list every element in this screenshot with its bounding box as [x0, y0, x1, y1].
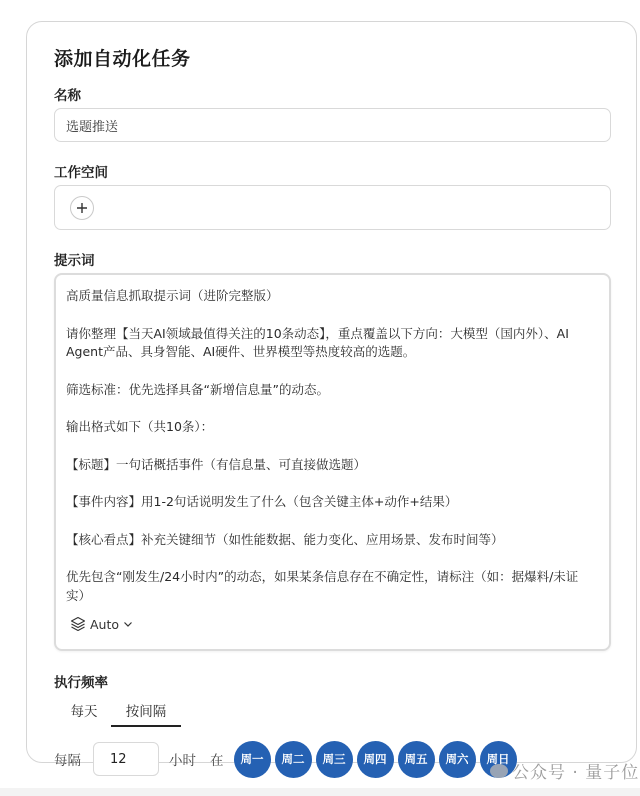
interval-unit: 小时: [169, 749, 196, 769]
page-bottom-band: [0, 788, 640, 796]
prompt-line: 优先包含“刚发生/24小时内”的动态，如果某条信息存在不确定性，请标注（如：据爆…: [66, 568, 596, 605]
chevron-down-icon: [123, 619, 133, 629]
name-input[interactable]: 选题推送: [54, 108, 611, 142]
name-label: 名称: [54, 84, 81, 104]
interval-row: 每隔 12 小时 在 周一 周二 周三 周四 周五 周六 周日: [54, 742, 521, 776]
tab-interval[interactable]: 按间隔: [111, 700, 181, 727]
model-selector-value: Auto: [90, 617, 119, 632]
model-selector[interactable]: Auto: [70, 616, 133, 632]
frequency-label: 执行频率: [54, 671, 108, 691]
workspace-label: 工作空间: [54, 161, 108, 181]
interval-hours-input[interactable]: 12: [93, 742, 159, 776]
plus-icon: [76, 202, 88, 214]
day-tuesday[interactable]: 周二: [275, 741, 312, 778]
prompt-line: 输出格式如下（共10条）：: [66, 418, 596, 437]
prompt-line: 【核心看点】补充关键细节（如性能数据、能力变化、应用场景、发布时间等）: [66, 531, 596, 550]
prompt-line: 【标题】一句话概括事件（有信息量、可直接做选题）: [66, 456, 596, 475]
prompt-line: 【事件内容】用1-2句话说明发生了什么（包含关键主体+动作+结果）: [66, 493, 596, 512]
add-workspace-button[interactable]: [70, 196, 94, 220]
day-saturday[interactable]: 周六: [439, 741, 476, 778]
prompt-textarea[interactable]: 高质量信息抓取提示词（进阶完整版） 请你整理【当天AI领域最值得关注的10条动态…: [54, 273, 611, 651]
prompt-line: 高质量信息抓取提示词（进阶完整版）: [66, 287, 596, 306]
interval-prefix: 每隔: [54, 749, 81, 769]
name-input-value: 选题推送: [66, 116, 118, 135]
prompt-line: 筛选标准：优先选择具备“新增信息量”的动态。: [66, 381, 596, 400]
interval-on-label: 在: [210, 749, 224, 769]
day-monday[interactable]: 周一: [234, 741, 271, 778]
tab-daily[interactable]: 每天: [69, 700, 99, 727]
workspace-field[interactable]: [54, 185, 611, 230]
wechat-logo-icon: [490, 764, 508, 778]
day-wednesday[interactable]: 周三: [316, 741, 353, 778]
prompt-text: 高质量信息抓取提示词（进阶完整版） 请你整理【当天AI领域最值得关注的10条动态…: [66, 287, 596, 605]
day-thursday[interactable]: 周四: [357, 741, 394, 778]
watermark: 公众号 · 量子位: [490, 758, 639, 783]
prompt-line: 请你整理【当天AI领域最值得关注的10条动态】，重点覆盖以下方向：大模型（国内外…: [66, 325, 596, 362]
day-friday[interactable]: 周五: [398, 741, 435, 778]
watermark-text: 公众号 · 量子位: [512, 758, 639, 783]
layers-icon: [70, 616, 86, 632]
dialog-title: 添加自动化任务: [54, 44, 191, 71]
prompt-label: 提示词: [54, 249, 95, 269]
interval-hours-value: 12: [110, 752, 127, 767]
